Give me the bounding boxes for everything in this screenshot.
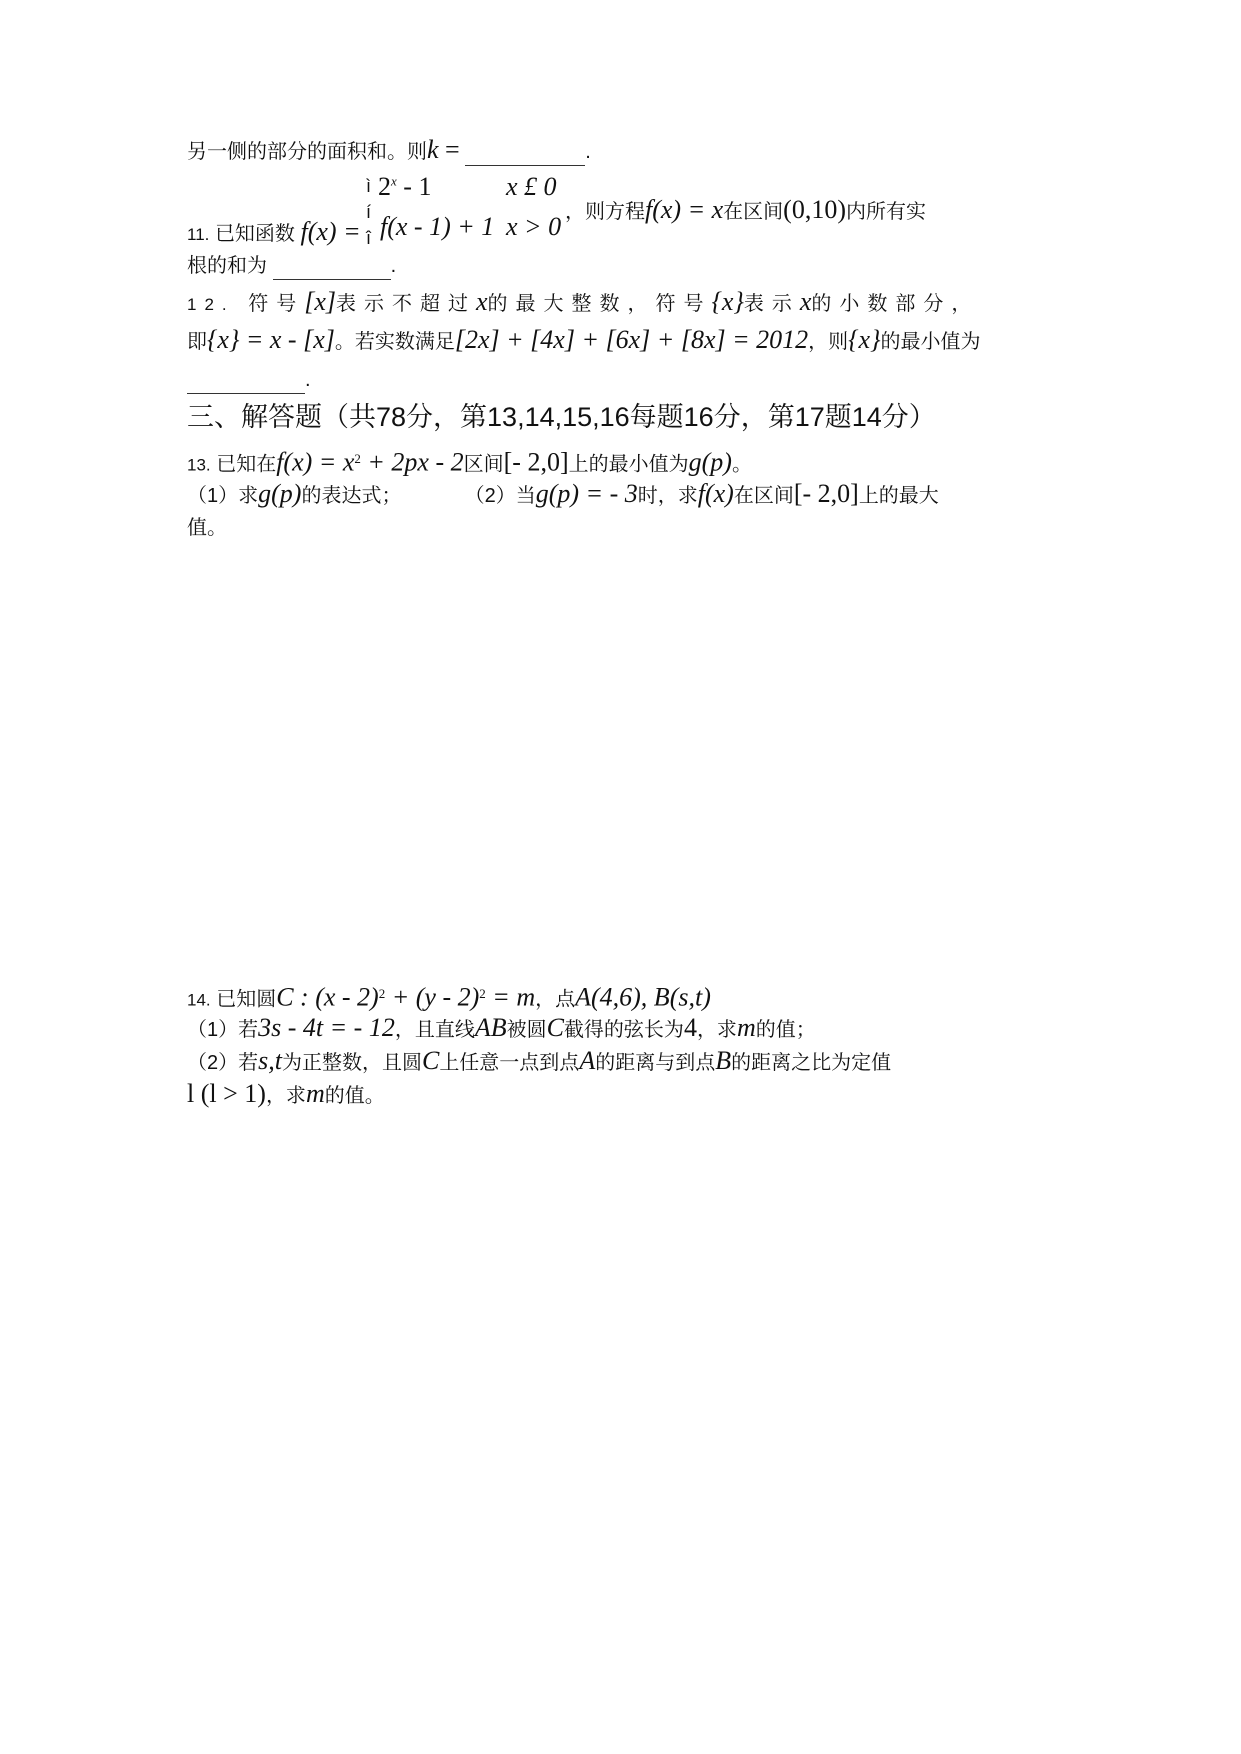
- q13-line2: （1）求g(p)的表达式； （2）当g(p) = - 3时，求f(x)在区间[-…: [187, 480, 939, 510]
- q13-line1: 13. 已知在f(x) = x2 + 2px - 2区间[- 2,0]上的最小值…: [187, 445, 752, 480]
- q11-number: 11.: [187, 225, 209, 244]
- q14-number: 14.: [187, 991, 211, 1010]
- q14-line2: （1）若3s - 4t = - 12，且直线AB被圆C截得的弦长为4，求m的值；: [187, 1014, 816, 1044]
- q13-line3: 值。: [187, 514, 227, 542]
- q13-number: 13.: [187, 456, 211, 475]
- q11-case1: 2x - 1: [378, 172, 431, 202]
- q12-line3: .: [187, 366, 311, 394]
- q11-equation: f(x) = x: [645, 195, 723, 224]
- q11-answer-blank[interactable]: [273, 257, 391, 280]
- q10-text: 另一侧的部分的面积和。则: [187, 141, 427, 163]
- brace-top-icon: ì: [366, 176, 371, 196]
- q11-line1: 11. 已知函数 f(x) =: [187, 218, 361, 249]
- brace-mid-icon: í: [366, 202, 371, 222]
- q11-case2-condition: x > 0: [506, 212, 561, 242]
- q10-answer-blank[interactable]: [465, 143, 585, 166]
- q11-case2: f(x - 1) + 1: [380, 212, 494, 242]
- q11-case1-condition: x £ 0: [506, 172, 557, 202]
- q10-equals: =: [439, 135, 460, 164]
- q12-answer-blank[interactable]: [187, 371, 305, 394]
- section-3-heading: 三、解答题（共78分，第13,14,15,16每题16分，第17题14分）: [187, 400, 936, 434]
- q10-tail-line: 另一侧的部分的面积和。则k = .: [187, 136, 591, 166]
- q12-line2: 即{x} = x - [x]。若实数满足[2x] + [4x] + [6x] +…: [187, 326, 981, 356]
- q12-number: 12.: [187, 295, 235, 314]
- q12-line1: 12. 符号[x]表示不超过x的最大整数，符号{x}表示x的小数部分，: [187, 288, 979, 319]
- brace-bot-icon: î: [366, 228, 371, 248]
- q10-var-k: k: [427, 135, 439, 164]
- q14-line1: 14. 已知圆C : (x - 2)2 + (y - 2)2 = m，点A(4,…: [187, 980, 711, 1015]
- q11-fx: f(x) =: [301, 217, 361, 246]
- q11-line1-rest: ，则方程f(x) = x在区间(0,10)内所有实: [565, 196, 926, 226]
- q11-lead: 已知函数: [215, 223, 295, 245]
- q11-brace: ì í î: [366, 176, 371, 248]
- q11-line2: 根的和为 .: [187, 252, 396, 280]
- q10-period: .: [585, 141, 591, 163]
- q11-interval: (0,10): [783, 195, 846, 224]
- q14-line3: （2）若s,t为正整数，且圆C上任意一点到点A的距离与到点B的距离之比为定值: [187, 1047, 891, 1077]
- q14-line4: l (l > 1)，求m的值。: [187, 1080, 385, 1110]
